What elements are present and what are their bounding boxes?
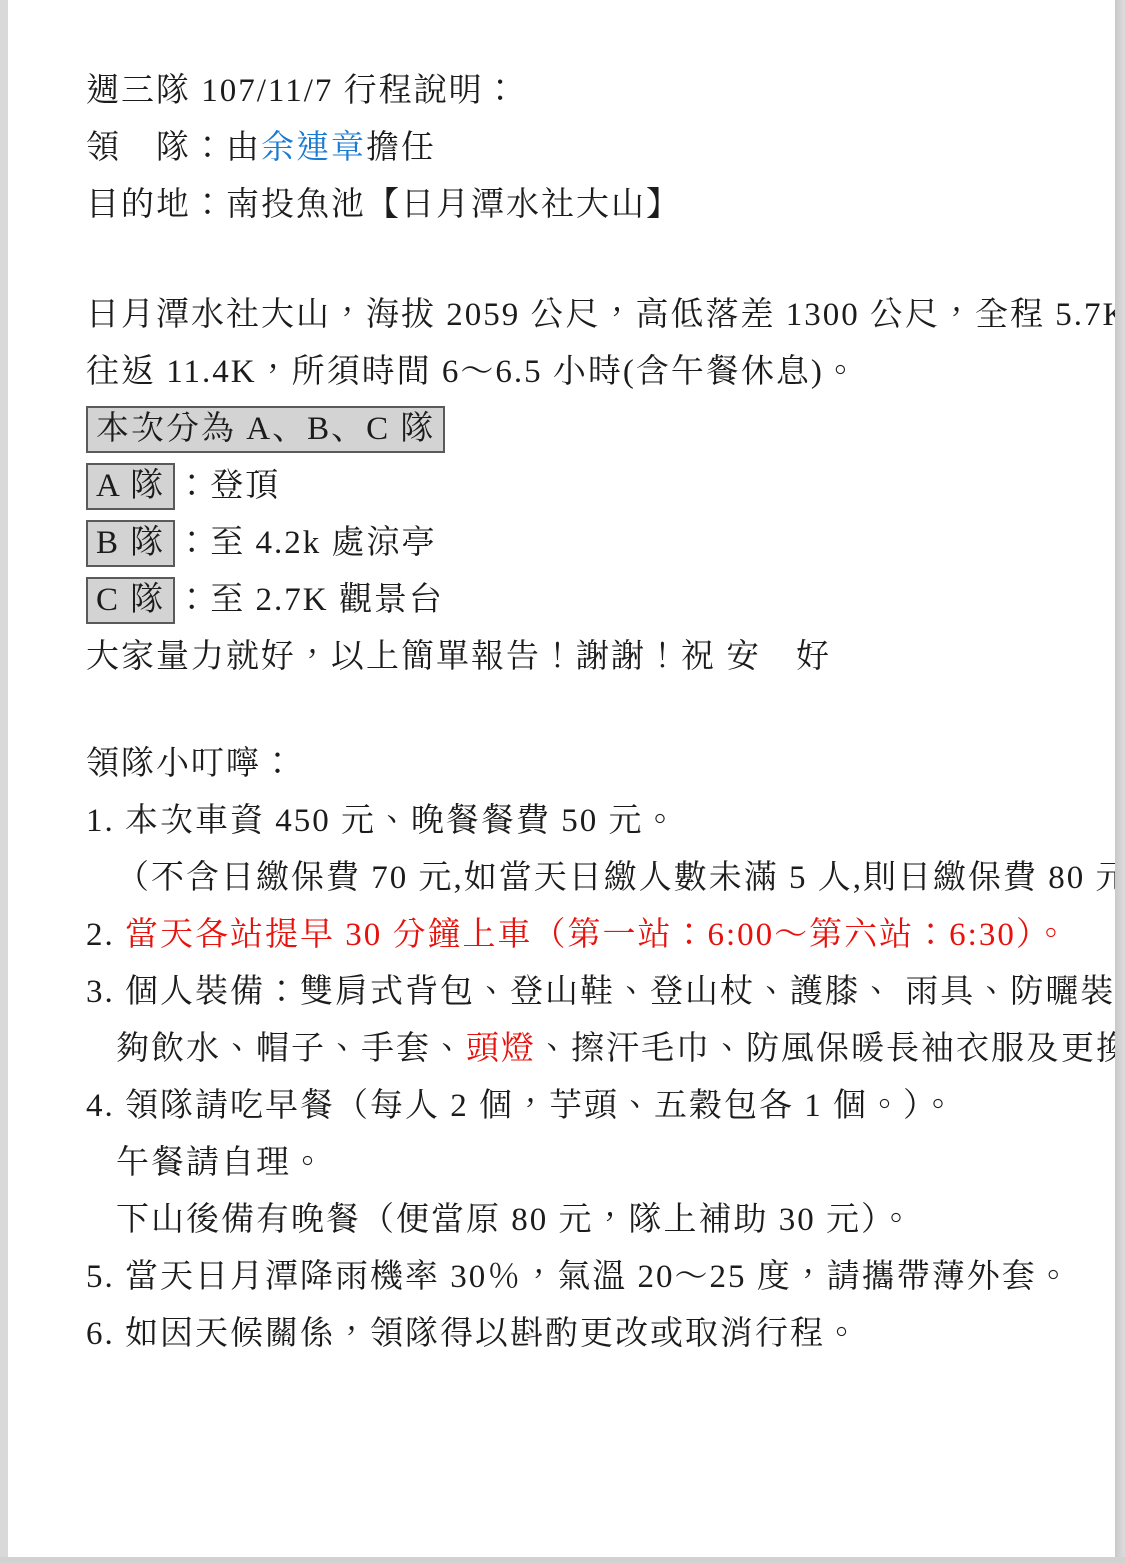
destination-line: 目的地：南投魚池【日月潭水社大山】 <box>86 177 1095 234</box>
page-bottom-edge <box>0 1557 1125 1563</box>
gear-list-post: 、擦汗毛巾、防風保暖長袖衣服及更換衣物等。 <box>536 1031 1125 1067</box>
leader-label: 領 隊：由 <box>86 130 261 166</box>
team-c-desc: ：至 2.7K 觀景台 <box>175 572 444 629</box>
reminder-item-4: 4. 領隊請吃早餐（每人 2 個，芋頭、五穀包各 1 個。）。 <box>86 1078 1095 1135</box>
spacer <box>86 686 1095 736</box>
summary-line-2: 往返 11.4K，所須時間 6～6.5 小時(含午餐休息)。 <box>86 344 1095 401</box>
team-row-a: A 隊：登頂 <box>86 458 1095 515</box>
reminder-item-3-line-2: 夠飲水、帽子、手套、頭燈、擦汗毛巾、防風保暖長袖衣服及更換衣物等。 <box>116 1021 1095 1078</box>
gear-list-pre: 夠飲水、帽子、手套、 <box>116 1031 466 1067</box>
headlamp-red-text: 頭燈 <box>466 1031 536 1067</box>
reminder-item-1-note: （不含日繳保費 70 元,如當天日繳人數未滿 5 人,則日繳保費 80 元）。 <box>116 850 1095 907</box>
summary-line-1: 日月潭水社大山，海拔 2059 公尺，高低落差 1300 公尺，全程 5.7K， <box>86 287 1095 344</box>
spacer <box>86 234 1095 287</box>
reminder-item-2: 2. 當天各站提早 30 分鐘上車（第一站：6:00～第六站：6:30）。 <box>86 907 1095 964</box>
leader-line: 領 隊：由余連章擔任 <box>86 120 1095 177</box>
page-right-edge <box>1115 0 1125 1563</box>
leader-suffix: 擔任 <box>366 130 436 166</box>
teams-heading-row: 本次分為 A、B、C 隊 <box>86 401 1095 458</box>
reminder-item-6: 6. 如因天候關係，領隊得以斟酌更改或取消行程。 <box>86 1306 1095 1363</box>
team-row-b: B 隊：至 4.2k 處涼亭 <box>86 515 1095 572</box>
team-c-badge: C 隊 <box>86 577 175 624</box>
teams-closing-line: 大家量力就好，以上簡單報告！謝謝！祝 安 好 <box>86 629 1095 686</box>
reminder-item-4-note-2: 下山後備有晚餐（便當原 80 元，隊上補助 30 元）。 <box>116 1192 1095 1249</box>
reminder-item-3-line-1: 3. 個人裝備：雙肩式背包、登山鞋、登山杖、護膝、 雨具、防曬裝備、足 <box>86 964 1095 1021</box>
team-b-desc: ：至 4.2k 處涼亭 <box>175 515 436 572</box>
document-page: 週三隊 107/11/7 行程說明： 領 隊：由余連章擔任 目的地：南投魚池【日… <box>8 0 1115 1557</box>
reminder-item-4-note-1: 午餐請自理。 <box>116 1135 1095 1192</box>
teams-heading-box: 本次分為 A、B、C 隊 <box>86 406 445 453</box>
reminders-heading: 領隊小叮嚀： <box>86 736 1095 793</box>
reminder-item-2-red-text: 當天各站提早 30 分鐘上車（第一站：6:00～第六站：6:30）。 <box>125 917 1069 953</box>
trip-title: 週三隊 107/11/7 行程說明： <box>86 63 1095 120</box>
reminder-item-5: 5. 當天日月潭降雨機率 30％，氣溫 20～25 度，請攜帶薄外套。 <box>86 1249 1095 1306</box>
team-b-badge: B 隊 <box>86 520 175 567</box>
reminder-item-1: 1. 本次車資 450 元、晚餐餐費 50 元。 <box>86 793 1095 850</box>
reminder-item-2-number: 2. <box>86 917 125 953</box>
team-row-c: C 隊：至 2.7K 觀景台 <box>86 572 1095 629</box>
team-a-desc: ：登頂 <box>175 458 280 515</box>
team-a-badge: A 隊 <box>86 463 175 510</box>
leader-name: 余連章 <box>261 130 366 166</box>
